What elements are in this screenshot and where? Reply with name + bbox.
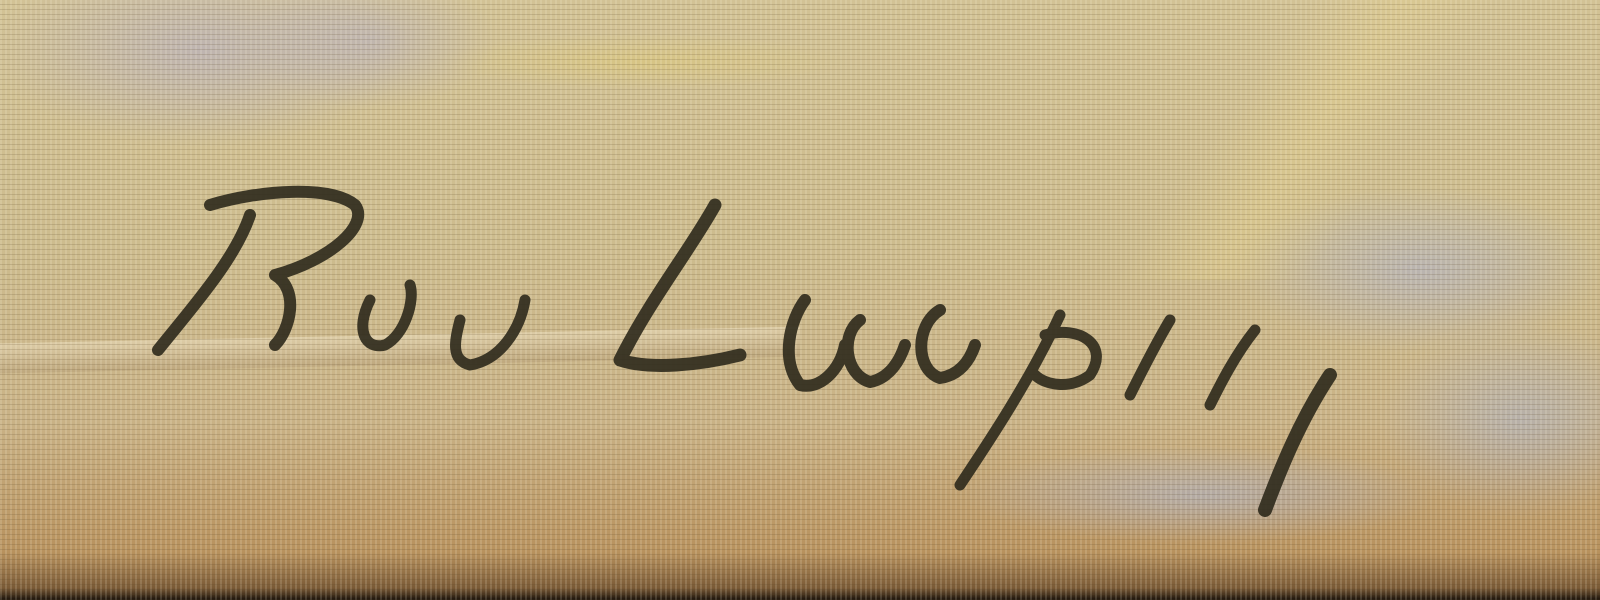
signature: [0, 0, 1600, 600]
painted-canvas: Rob. Loeprin: [0, 0, 1600, 600]
